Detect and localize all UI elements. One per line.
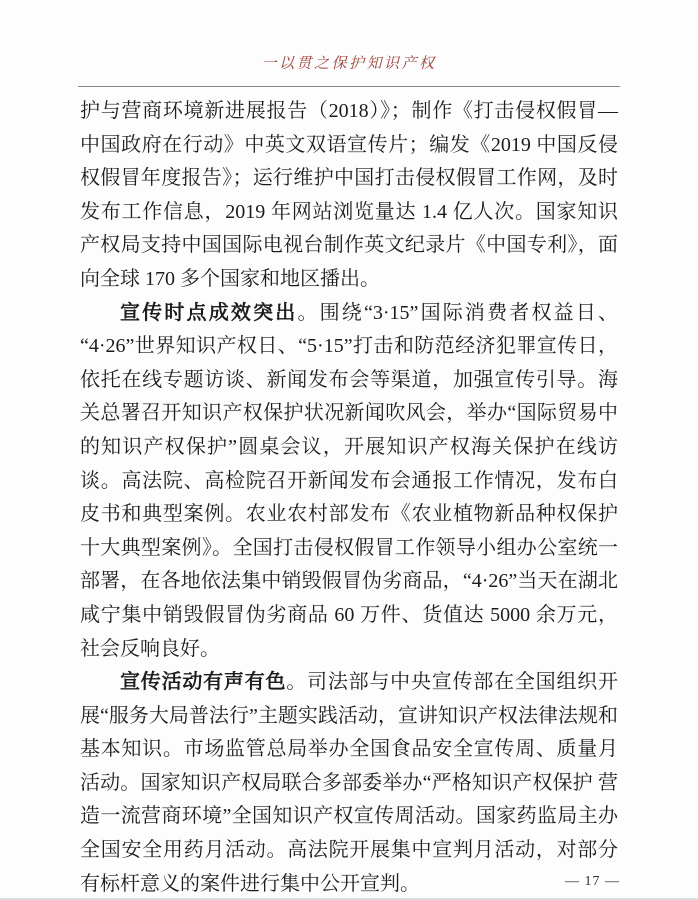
page-body: 护与营商环境新进展报告（2018）》；制作《打击侵权假冒—中国政府在行动》中英文… (80, 95, 618, 900)
paragraph-lead: 宣传时点成效突出 (120, 302, 297, 324)
paragraph-text: 护与营商环境新进展报告（2018）》；制作《打击侵权假冒—中国政府在行动》中英文… (80, 100, 618, 290)
paragraph-text: 。围绕“3·15”国际消费者权益日、“4·26”世界知识产权日、“5·15”打击… (80, 302, 618, 660)
running-head: 一以贯之保护知识产权 (0, 52, 698, 73)
header-rule (78, 86, 620, 87)
page-number: — 17 — (565, 874, 620, 890)
paragraph-continuation: 护与营商环境新进展报告（2018）》；制作《打击侵权假冒—中国政府在行动》中英文… (80, 95, 618, 297)
document-page: 一以贯之保护知识产权 护与营商环境新进展报告（2018）》；制作《打击侵权假冒—… (0, 0, 698, 900)
paragraph-publicity-activities: 宣传活动有声有色。司法部与中央宣传部在全国组织开展“服务大局普法行”主题实践活动… (80, 666, 618, 900)
paragraph-publicity-timing: 宣传时点成效突出。围绕“3·15”国际消费者权益日、“4·26”世界知识产权日、… (80, 297, 618, 667)
paragraph-text: 。司法部与中央宣传部在全国组织开展“服务大局普法行”主题实践活动，宣讲知识产权法… (80, 671, 618, 895)
paragraph-lead: 宣传活动有声有色 (120, 671, 286, 693)
